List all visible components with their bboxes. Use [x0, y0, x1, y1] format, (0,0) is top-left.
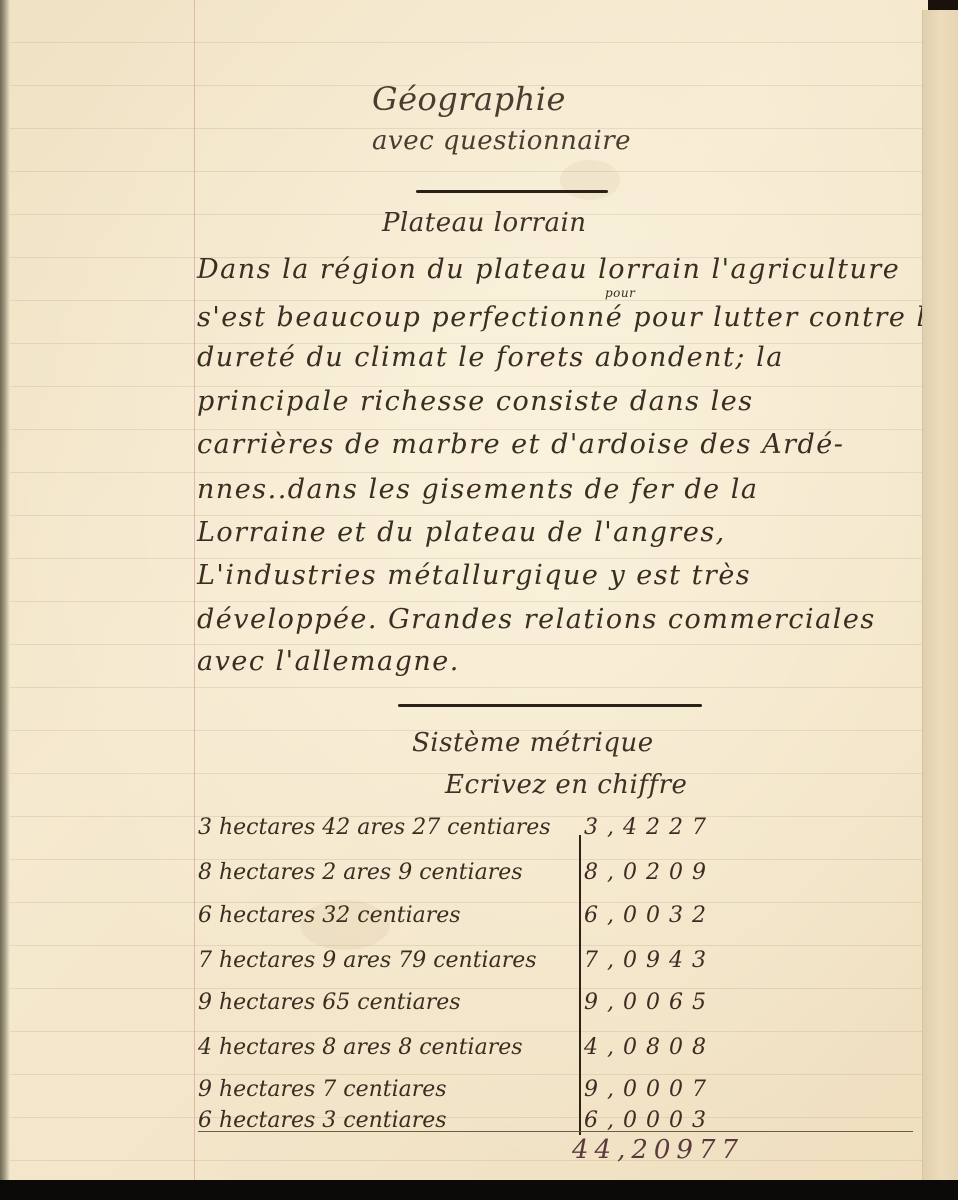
row-value: 8,0209	[584, 860, 715, 885]
notebook-page: Géographie avec questionnaire Plateau lo…	[0, 0, 928, 1180]
section-heading-plateau-lorrain: Plateau lorrain	[382, 208, 587, 238]
exercise-row: 7 hectares 9 ares 79 centiares 7,0943	[198, 948, 758, 984]
margin-line	[194, 0, 195, 1180]
page-subtitle: avec questionnaire	[372, 126, 631, 156]
exercise-row: 9 hectares 65 centiares 9,0065	[198, 990, 758, 1026]
text-line: L'industries métallurgique y est très	[197, 556, 751, 596]
row-description: 6 hectares 3 centiares	[198, 1108, 447, 1133]
row-description: 9 hectares 65 centiares	[198, 990, 461, 1015]
text-line: dureté du climat le forets abondent; la	[197, 338, 784, 378]
row-value: 9,0065	[584, 990, 715, 1015]
sum-total: 44,20977	[572, 1135, 744, 1165]
row-description: 4 hectares 8 ares 8 centiares	[198, 1035, 523, 1060]
scan-background	[928, 0, 958, 10]
row-value: 6,0032	[584, 903, 715, 928]
scanned-page: Géographie avec questionnaire Plateau lo…	[0, 0, 958, 1200]
exercise-row: 3 hectares 42 ares 27 centiares 3,4227	[198, 815, 758, 851]
scan-background	[0, 1180, 958, 1200]
row-value: 7,0943	[584, 948, 715, 973]
row-value: 4,0808	[584, 1035, 715, 1060]
title-underline	[416, 190, 608, 193]
row-value: 3,4227	[584, 815, 715, 840]
adjacent-page-edge	[922, 10, 958, 1180]
section-divider	[398, 704, 702, 707]
exercise-instruction: Ecrivez en chiffre	[445, 770, 687, 800]
exercise-row: 4 hectares 8 ares 8 centiares 4,0808	[198, 1035, 758, 1071]
text-line: carrières de marbre et d'ardoise des Ard…	[197, 425, 844, 465]
row-description: 8 hectares 2 ares 9 centiares	[198, 860, 523, 885]
text-line: s'est beaucoup perfectionné pour lutter …	[197, 298, 944, 338]
sum-line	[198, 1131, 913, 1132]
exercise-row: 6 hectares 32 centiares 6,0032	[198, 903, 758, 939]
row-description: 9 hectares 7 centiares	[198, 1077, 447, 1102]
text-line: avec l'allemagne.	[197, 642, 460, 682]
text-line: Lorraine et du plateau de l'angres,	[197, 513, 726, 553]
row-value: 6,0003	[584, 1108, 715, 1133]
row-value: 9,0007	[584, 1077, 715, 1102]
row-description: 6 hectares 32 centiares	[198, 903, 461, 928]
exercise-row: 8 hectares 2 ares 9 centiares 8,0209	[198, 860, 758, 896]
row-description: 7 hectares 9 ares 79 centiares	[198, 948, 537, 973]
page-title: Géographie	[372, 80, 566, 118]
section-heading-systeme-metrique: Sistème métrique	[412, 728, 654, 758]
text-line: nnes..dans les gisements de fer de la	[197, 470, 758, 510]
row-description: 3 hectares 42 ares 27 centiares	[198, 815, 551, 840]
text-line: Dans la région du plateau lorrain l'agri…	[197, 250, 900, 290]
text-line: principale richesse consiste dans les	[197, 382, 754, 422]
paper-stain	[560, 160, 620, 200]
text-line: développée. Grandes relations commercial…	[197, 600, 876, 640]
